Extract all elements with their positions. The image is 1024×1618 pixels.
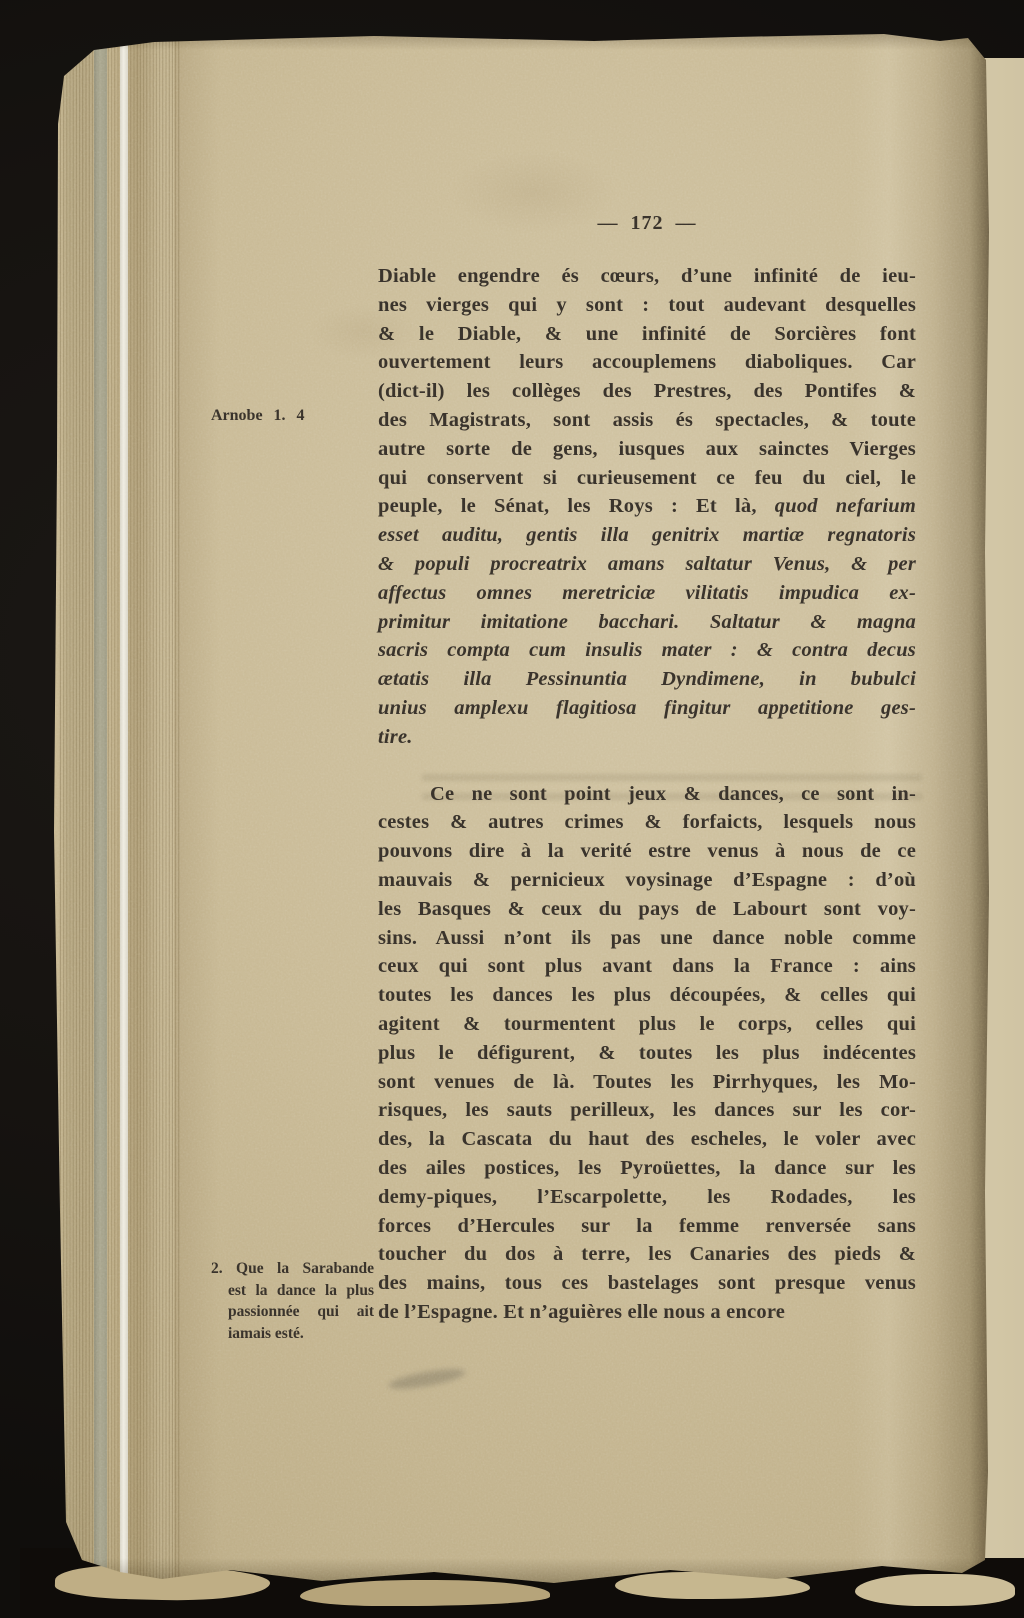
text-line: des, la Cascata du haut des escheles, le…	[378, 1125, 916, 1154]
roman-segment: ceux qui sont plus avant dans la France …	[378, 955, 916, 977]
roman-segment: des ailes postices, les Pyroüettes, la d…	[378, 1157, 916, 1179]
italic-segment: primitur imitatione bacchari. Saltatur &…	[378, 611, 916, 633]
text-line: pouvons dire à la verité estre venus à n…	[378, 837, 916, 866]
text-line: plus le défigurent, & toutes les plus in…	[378, 1039, 916, 1068]
text-line: Diable engendre és cœurs, d’une infinité…	[378, 262, 916, 291]
text-line: agitent & tourmentent plus le corps, cel…	[378, 1010, 916, 1039]
torn-page-fragment	[855, 1574, 1015, 1606]
italic-segment: ætatis illa Pessinuntia Dyndimene, in bu…	[378, 668, 916, 690]
text-line: ætatis illa Pessinuntia Dyndimene, in bu…	[378, 665, 916, 694]
roman-segment: cestes & autres crimes & forfaicts, lesq…	[378, 811, 916, 833]
roman-segment: toucher du dos à terre, les Canaries des…	[378, 1243, 916, 1265]
text-line: nes vierges qui y sont : tout audevant d…	[378, 291, 916, 320]
text-line: demy-piques, l’Escarpolette, les Rodades…	[378, 1183, 916, 1212]
text-line: ceux qui sont plus avant dans la France …	[378, 952, 916, 981]
text-line: les Basques & ceux du pays de Labourt so…	[378, 895, 916, 924]
paragraph: Diable engendre és cœurs, d’une infinité…	[378, 262, 916, 752]
page-edge-green-stripe	[94, 40, 107, 1584]
italic-segment: esset auditu, gentis illa genitrix marti…	[378, 524, 916, 546]
text-line: Ce ne sont point jeux & dances, ce sont …	[378, 780, 916, 809]
italic-segment: affectus omnes meretriciæ vilitatis impu…	[378, 582, 916, 604]
roman-segment: des mains, tous ces bastelages sont pres…	[378, 1272, 916, 1294]
roman-segment: les Basques & ceux du pays de Labourt so…	[378, 898, 916, 920]
margin-note-line: iamais esté.	[211, 1323, 374, 1345]
roman-segment: de l’Espagne. Et n’aguières elle nous a …	[378, 1301, 785, 1323]
text-line: peuple, le Sénat, les Roys : Et là, quod…	[378, 492, 916, 521]
roman-segment: sont venues de là. Toutes les Pirrhyques…	[378, 1071, 916, 1093]
scanned-book-photo: — 172 — Arnobe 1. 4 2. Que la Sarabande …	[0, 0, 1024, 1618]
roman-segment: des Magistrats, sont assis és spectacles…	[378, 409, 916, 431]
italic-segment: tire.	[378, 726, 413, 748]
page-number: — 172 —	[378, 212, 916, 235]
text-line: toucher du dos à terre, les Canaries des…	[378, 1240, 916, 1269]
italic-segment: sacris compta cum insulis mater : & cont…	[378, 639, 916, 661]
margin-note-arnobe: Arnobe 1. 4	[211, 407, 305, 425]
page-edge-white-stripe	[120, 40, 128, 1584]
roman-segment: agitent & tourmentent plus le corps, cel…	[378, 1013, 916, 1035]
text-line: mauvais & pernicieux voysinage d’Espagne…	[378, 866, 916, 895]
text-line: (dict-il) les collèges des Prestres, des…	[378, 377, 916, 406]
text-line: affectus omnes meretriciæ vilitatis impu…	[378, 579, 916, 608]
roman-segment: toutes les dances les plus découpées, & …	[378, 984, 916, 1006]
text-line: & populi procreatrix amans saltatur Venu…	[378, 550, 916, 579]
roman-segment: forces d’Hercules sur la femme renversée…	[378, 1215, 916, 1237]
roman-segment: qui conservent si curieusement ce feu du…	[378, 467, 916, 489]
text-line: risques, les sauts perilleux, les dances…	[378, 1096, 916, 1125]
text-line: sacris compta cum insulis mater : & cont…	[378, 636, 916, 665]
text-line: des ailes postices, les Pyroüettes, la d…	[378, 1154, 916, 1183]
roman-segment: & le Diable, & une infinité de Sorcières…	[378, 323, 916, 345]
italic-segment: quod nefarium	[775, 495, 916, 517]
torn-page-fragment	[300, 1580, 550, 1606]
roman-segment: pouvons dire à la verité estre venus à n…	[378, 840, 916, 862]
roman-segment: des, la Cascata du haut des escheles, le…	[378, 1128, 916, 1150]
page-edge-stack	[58, 40, 180, 1584]
text-line: tire.	[378, 723, 916, 752]
margin-note-line: 2. Que la Sarabande	[211, 1258, 374, 1280]
text-line: toutes les dances les plus découpées, & …	[378, 981, 916, 1010]
italic-segment: & populi procreatrix amans saltatur Venu…	[378, 553, 916, 575]
margin-note-line: passionnée qui ait	[211, 1301, 374, 1323]
roman-segment: plus le défigurent, & toutes les plus in…	[378, 1042, 916, 1064]
text-line: des mains, tous ces bastelages sont pres…	[378, 1269, 916, 1298]
text-line: des Magistrats, sont assis és spectacles…	[378, 406, 916, 435]
roman-segment: peuple, le Sénat, les Roys : Et là,	[378, 495, 775, 517]
margin-note-line: est la dance la plus	[211, 1280, 374, 1302]
text-line: esset auditu, gentis illa genitrix marti…	[378, 521, 916, 550]
pencil-smudge	[387, 1365, 466, 1392]
roman-segment: mauvais & pernicieux voysinage d’Espagne…	[378, 869, 916, 891]
text-line: qui conservent si curieusement ce feu du…	[378, 464, 916, 493]
italic-segment: unius amplexu flagitiosa fingitur appeti…	[378, 697, 916, 719]
roman-segment: (dict-il) les collèges des Prestres, des…	[378, 380, 916, 402]
text-line: primitur imitatione bacchari. Saltatur &…	[378, 608, 916, 637]
roman-segment: Diable engendre és cœurs, d’une infinité…	[378, 265, 916, 287]
edge-stack-fade	[174, 32, 220, 1588]
roman-segment: autre sorte de gens, iusques aux saincte…	[378, 438, 916, 460]
book-page: — 172 — Arnobe 1. 4 2. Que la Sarabande …	[34, 32, 992, 1588]
text-line: & le Diable, & une infinité de Sorcières…	[378, 320, 916, 349]
paragraph: Ce ne sont point jeux & dances, ce sont …	[378, 780, 916, 1327]
roman-segment: sins. Aussi n’ont ils pas une dance nobl…	[378, 927, 916, 949]
roman-segment: risques, les sauts perilleux, les dances…	[378, 1099, 916, 1121]
text-line: ouvertement leurs accouplemens diaboliqu…	[378, 348, 916, 377]
text-line: forces d’Hercules sur la femme renversée…	[378, 1212, 916, 1241]
body-text: Diable engendre és cœurs, d’une infinité…	[378, 262, 916, 1327]
roman-segment: nes vierges qui y sont : tout audevant d…	[378, 294, 916, 316]
roman-segment: ouvertement leurs accouplemens diaboliqu…	[378, 351, 916, 373]
text-line: sont venues de là. Toutes les Pirrhyques…	[378, 1068, 916, 1097]
text-line: unius amplexu flagitiosa fingitur appeti…	[378, 694, 916, 723]
text-line: sins. Aussi n’ont ils pas une dance nobl…	[378, 924, 916, 953]
margin-note-sarabande: 2. Que la Sarabande est la dance la plus…	[211, 1258, 374, 1344]
text-line: de l’Espagne. Et n’aguières elle nous a …	[378, 1298, 916, 1327]
roman-segment: demy-piques, l’Escarpolette, les Rodades…	[378, 1186, 916, 1208]
text-line: cestes & autres crimes & forfaicts, lesq…	[378, 808, 916, 837]
roman-segment: Ce ne sont point jeux & dances, ce sont …	[430, 783, 916, 805]
text-line: autre sorte de gens, iusques aux saincte…	[378, 435, 916, 464]
